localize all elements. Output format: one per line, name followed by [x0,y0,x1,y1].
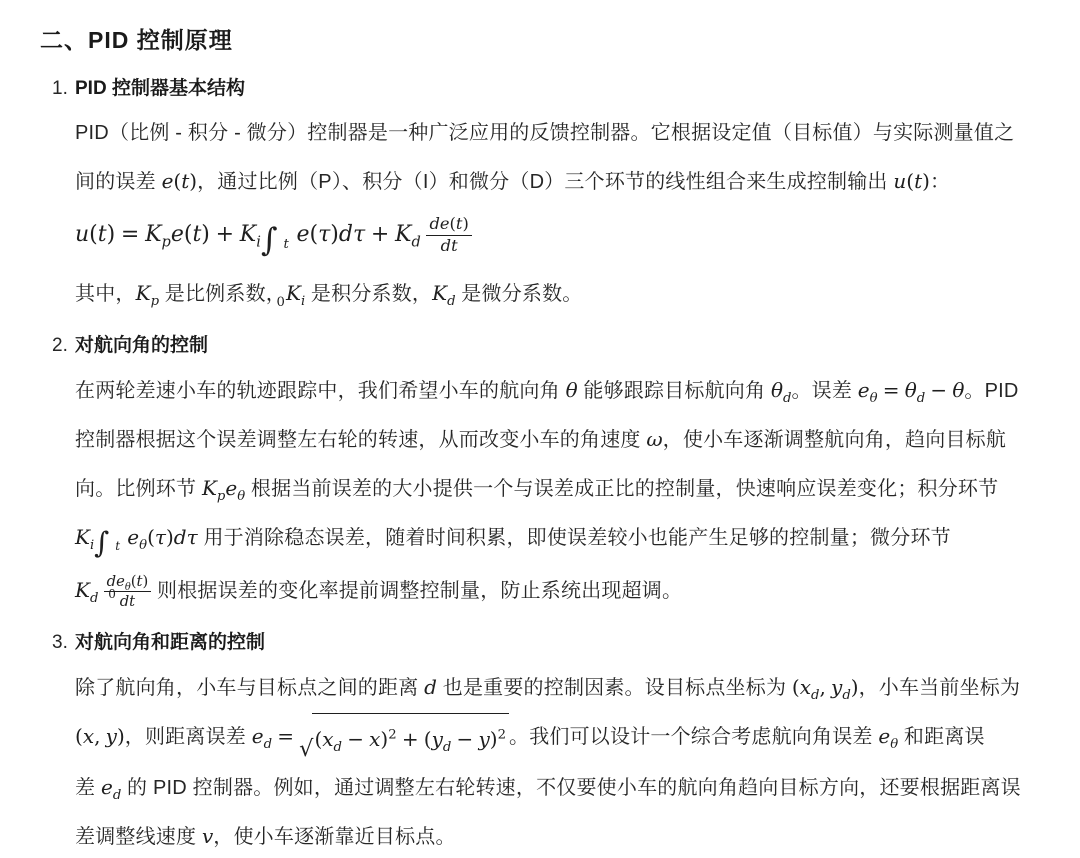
text-line: 除了航向角，小车与目标点之间的距离 d 也是重要的控制因素。设目标点坐标为 (x… [75,663,1062,712]
text-run: ，使小车逐渐调整航向角，趋向目标航 [663,429,1006,451]
section-heading: 3. 对航向角和距离的控制 [52,631,1062,655]
text-line: PID（比例 - 积分 - 微分）控制器是一种广泛应用的反馈控制器。它根据设定值… [75,109,1062,157]
text-run: 。PID [964,380,1018,402]
inline-math: θ [566,378,578,402]
inline-math: u(t) [893,169,930,193]
section-heading: 1. PID 控制器基本结构 [52,77,1062,101]
inline-math: Kddeθ(t)dt [75,578,151,602]
section-number: 2. [52,334,75,358]
inline-math: d [424,675,437,699]
text-run: 能够跟踪目标航向角 [578,380,771,402]
text-run: ： [930,171,950,193]
text-run: 间的误差 [75,171,162,193]
inline-math: u(t)=Kpe(t)+Ki∫t0e(τ)dτ+Kdde(t)dt [75,222,472,247]
text-run: ，使小车逐渐靠近目标点。 [213,826,455,848]
text-run: ，通过比例（P）、积分（I）和微分（D）三个环节的线性组合来生成控制输出 [197,171,893,193]
text-run: 用于消除稳态误差，随着时间积累，即使误差较小也能产生足够的控制量；微分环节 [198,527,951,549]
text-line: 控制器根据这个误差调整左右轮的转速，从而改变小车的角速度 ω，使小车逐渐调整航向… [75,415,1062,464]
display-formula: u(t)=Kpe(t)+Ki∫t0e(τ)dτ+Kdde(t)dt [75,206,1062,269]
text-run: 和距离误 [898,726,985,748]
section-heading-angle-control: 2. 对航向角的控制 在两轮差速小车的轨迹跟踪中，我们希望小车的航向角 θ 能够… [52,334,1062,616]
text-run: PID（比例 - 积分 - 微分）控制器是一种广泛应用的反馈控制器。它根据设定值… [75,122,1014,144]
inline-math: (xd,yd) [792,675,859,699]
text-run: 根据当前误差的大小提供一个与误差成正比的控制量，快速响应误差变化；积分环节 [245,478,998,500]
text-run: 也是重要的控制因素。设目标点坐标为 [437,677,792,699]
text-run: 是积分系数， [305,283,432,305]
text-run: 的 PID 控制器。例如，通过调整左右轮转速，不仅要使小车的航向角趋向目标方向，… [121,777,1021,799]
inline-math: ed [101,775,121,799]
text-line: 在两轮差速小车的轨迹跟踪中，我们希望小车的航向角 θ 能够跟踪目标航向角 θd。… [75,366,1062,415]
inline-math: eθ [878,724,898,748]
text-run: ，小车当前坐标为 [859,677,1021,699]
section-title: 对航向角和距离的控制 [75,631,265,655]
text-run: 。误差 [791,380,857,402]
section-list: 1. PID 控制器基本结构 PID（比例 - 积分 - 微分）控制器是一种广泛… [40,77,1062,858]
section-number: 3. [52,631,75,655]
text-line: (x,y)，则距离误差 ed=√(xd−x)2+(yd−y)2。我们可以设计一个… [75,712,1062,763]
inline-math: (x,y) [75,724,125,748]
inline-math: Ki∫t0eθ(τ)dτ [75,525,198,549]
section-angle-distance-control: 3. 对航向角和距离的控制 除了航向角，小车与目标点之间的距离 d 也是重要的控… [52,631,1062,858]
text-run: 差调整线速度 [75,826,202,848]
text-line: Ki∫t0eθ(τ)dτ 用于消除稳态误差，随着时间积累，即使误差较小也能产生足… [75,513,1062,567]
inline-math: ω [646,427,662,451]
text-run: 则根据误差的变化率提前调整控制量，防止系统出现超调。 [151,580,682,602]
text-run: 除了航向角，小车与目标点之间的距离 [75,677,424,699]
section-title: 对航向角的控制 [75,334,208,358]
text-run: ，则距离误差 [125,726,252,748]
document-page: 二、PID 控制原理 1. PID 控制器基本结构 PID（比例 - 积分 - … [0,0,1080,858]
section-body: PID（比例 - 积分 - 微分）控制器是一种广泛应用的反馈控制器。它根据设定值… [52,109,1062,318]
text-run: 其中， [75,283,136,305]
text-run: 差 [75,777,101,799]
text-line: 差 ed 的 PID 控制器。例如，通过调整左右轮转速，不仅要使小车的航向角趋向… [75,763,1062,812]
inline-math: Kpeθ [202,476,245,500]
inline-math: v [202,824,213,848]
section-body: 在两轮差速小车的轨迹跟踪中，我们希望小车的航向角 θ 能够跟踪目标航向角 θd。… [52,366,1062,616]
inline-math: e(t) [162,169,198,193]
text-run: 是微分系数。 [456,283,583,305]
section-title: PID 控制器基本结构 [75,77,245,101]
section-heading: 2. 对航向角的控制 [52,334,1062,358]
inline-math: Kd [432,281,455,305]
section-pid-basics: 1. PID 控制器基本结构 PID（比例 - 积分 - 微分）控制器是一种广泛… [52,77,1062,318]
text-line: 其中，Kp 是比例系数，Ki 是积分系数，Kd 是微分系数。 [75,269,1062,318]
text-line: 向。比例环节 Kpeθ 根据当前误差的大小提供一个与误差成正比的控制量，快速响应… [75,464,1062,513]
section-body: 除了航向角，小车与目标点之间的距离 d 也是重要的控制因素。设目标点坐标为 (x… [52,663,1062,858]
text-line: Kddeθ(t)dt 则根据误差的变化率提前调整控制量，防止系统出现超调。 [75,566,1062,615]
text-run: 在两轮差速小车的轨迹跟踪中，我们希望小车的航向角 [75,380,566,402]
section-number: 1. [52,77,75,101]
text-run: 向。比例环节 [75,478,202,500]
text-line: 间的误差 e(t)，通过比例（P）、积分（I）和微分（D）三个环节的线性组合来生… [75,157,1062,206]
text-run: 。我们可以设计一个综合考虑航向角误差 [509,726,878,748]
inline-math: ed=√(xd−x)2+(yd−y)2 [252,724,509,748]
inline-math: Kp [136,281,159,305]
inline-math: θd [771,378,792,402]
text-run: 控制器根据这个误差调整左右轮的转速，从而改变小车的角速度 [75,429,646,451]
page-title: 二、PID 控制原理 [40,22,1062,55]
inline-math: eθ=θd−θ [858,378,965,402]
text-line: 差调整线速度 v，使小车逐渐靠近目标点。 [75,812,1062,858]
text-run: 是比例系数， [159,283,286,305]
inline-math: Ki [286,281,305,305]
